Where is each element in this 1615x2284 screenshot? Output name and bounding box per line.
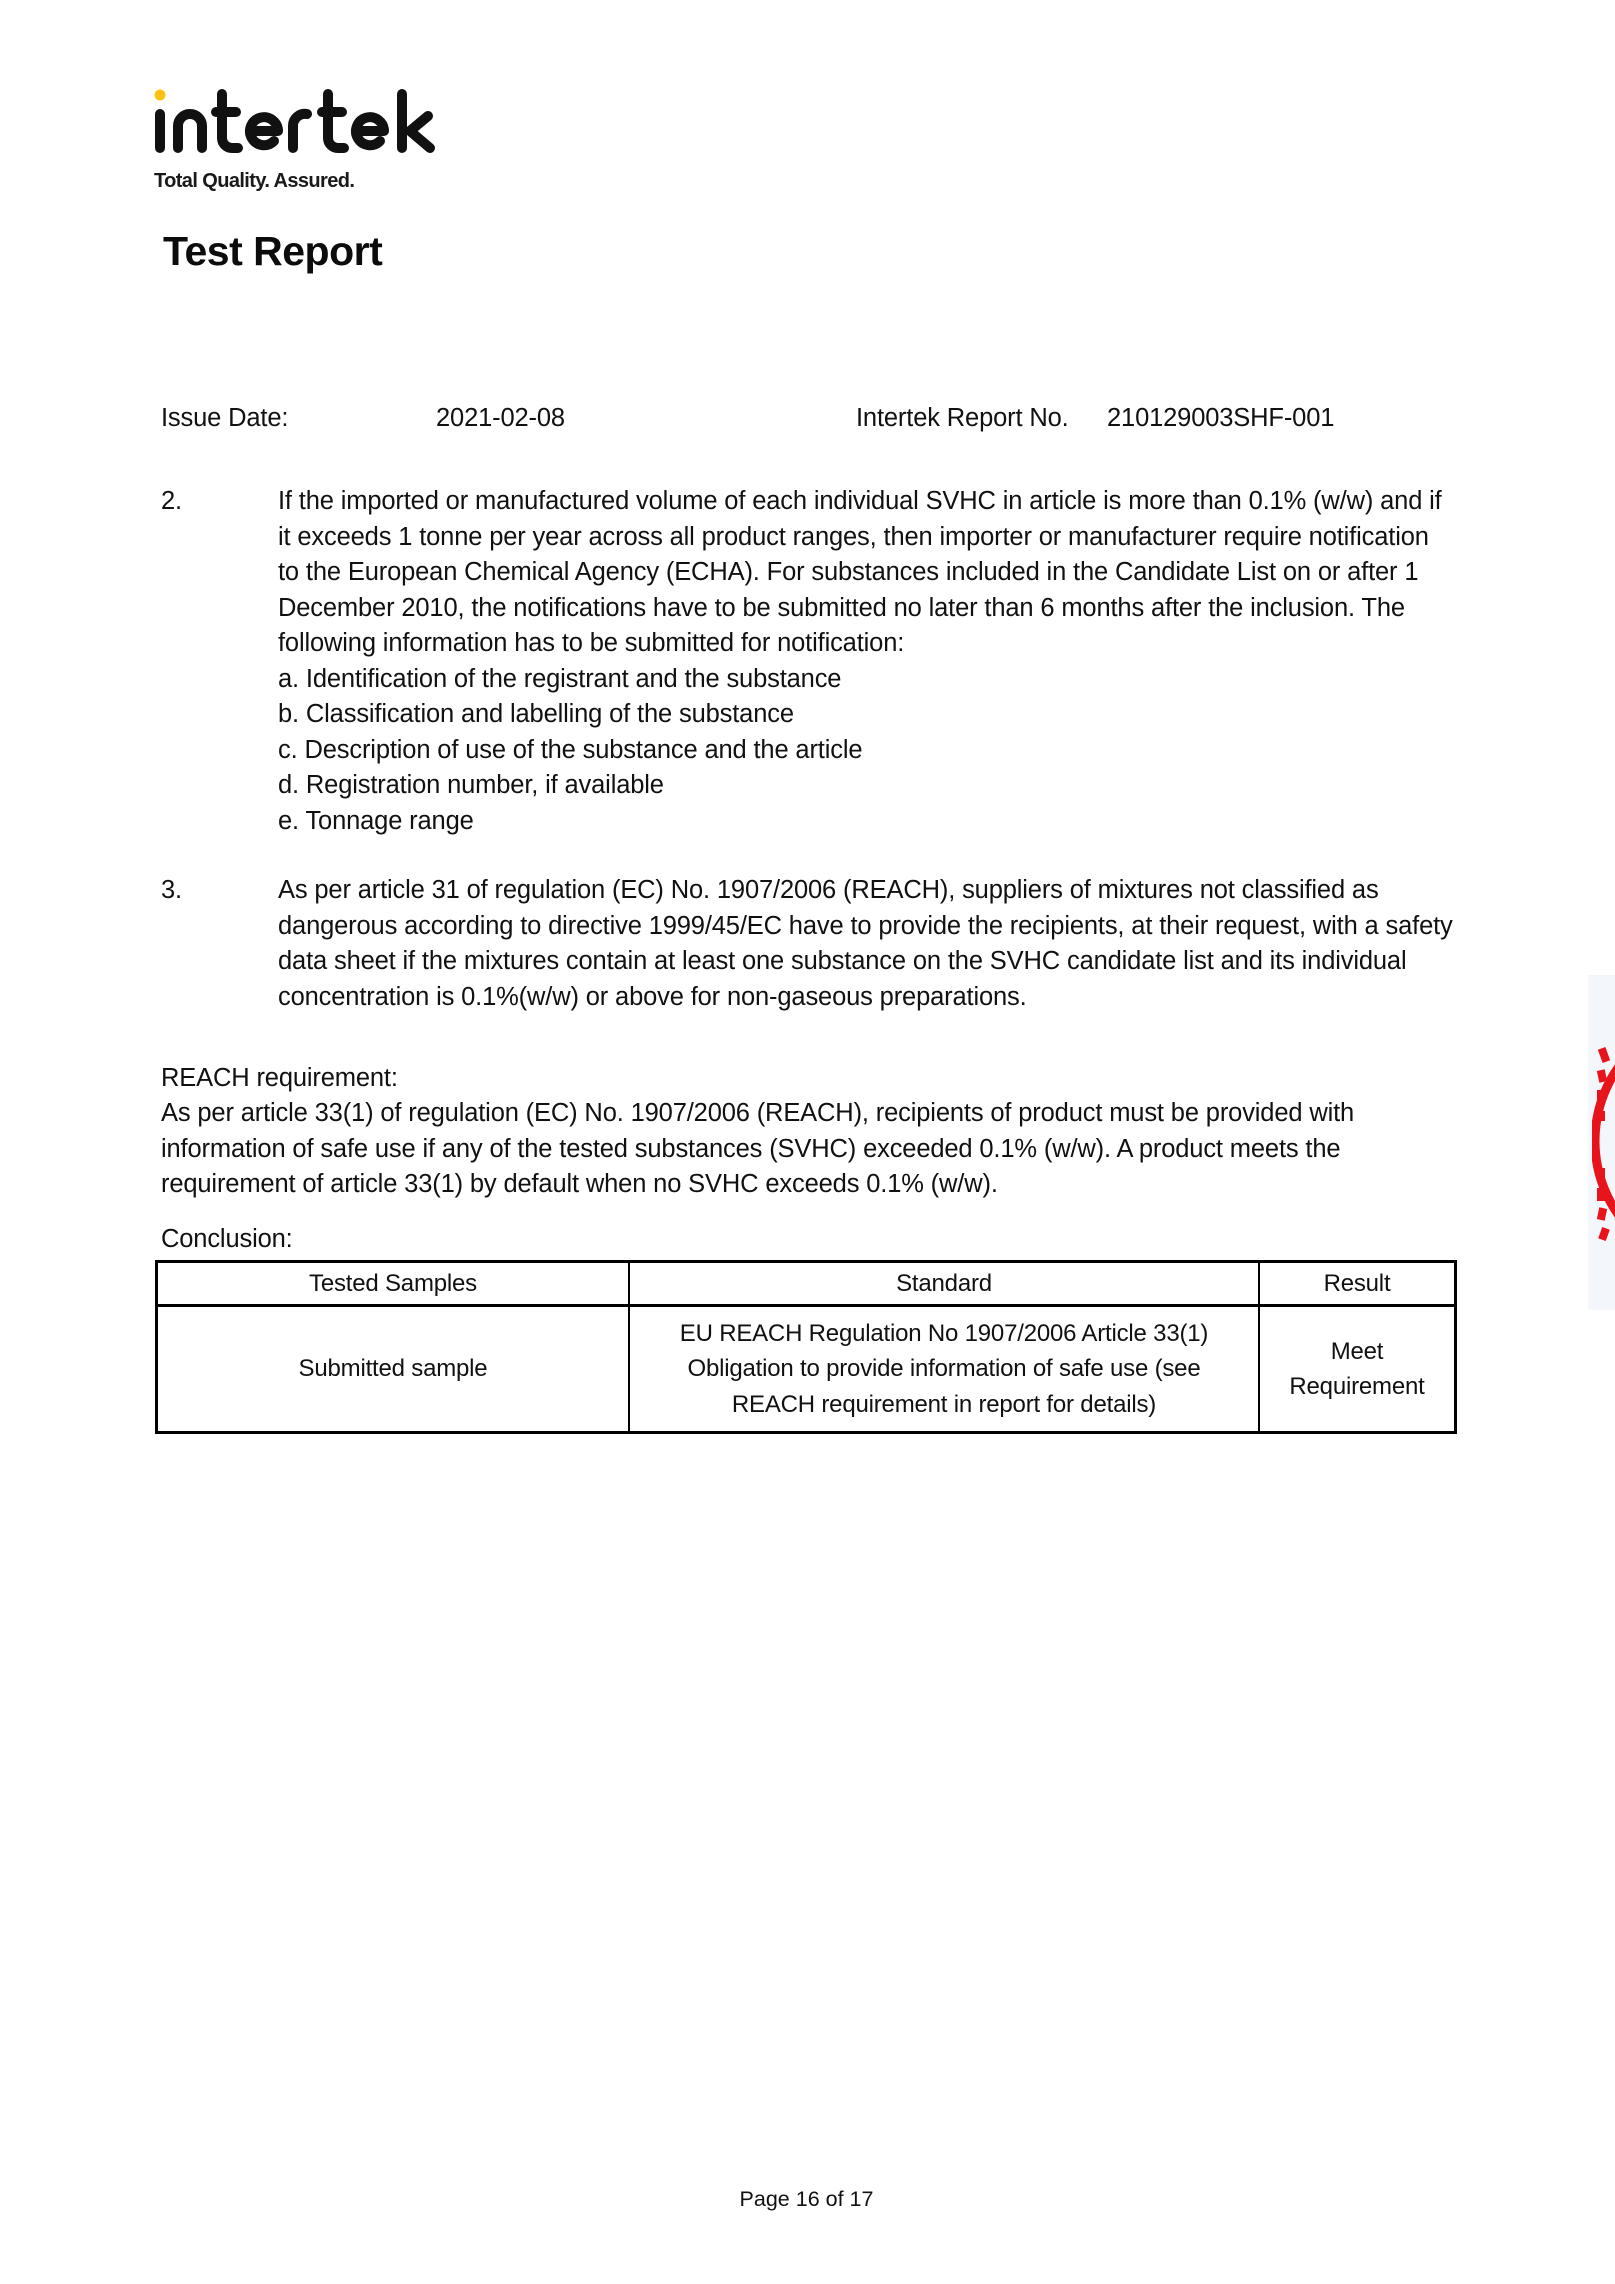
reach-requirement-heading: REACH requirement: <box>161 1061 398 1097</box>
result-line: Requirement <box>1289 1369 1424 1405</box>
paragraph-2-line: following information has to be submitte… <box>278 626 1442 662</box>
reach-requirement-line: requirement of article 33(1) by default … <box>161 1167 1354 1203</box>
issue-date-label: Issue Date: <box>161 401 288 437</box>
logo-accent-dot-icon <box>155 90 166 101</box>
reach-requirement-text: As per article 33(1) of regulation (EC) … <box>161 1096 1354 1203</box>
paragraph-2: If the imported or manufactured volume o… <box>278 484 1442 839</box>
notification-list-item: d. Registration number, if available <box>278 768 1442 804</box>
conclusion-label: Conclusion: <box>161 1222 293 1258</box>
page-title: Test Report <box>163 228 382 275</box>
column-header-result: Result <box>1260 1263 1454 1304</box>
page-number: Page 16 of 17 <box>0 2187 1614 2212</box>
standard-line: REACH requirement in report for details) <box>680 1387 1208 1423</box>
notification-list-item: c. Description of use of the substance a… <box>278 733 1442 769</box>
result-cell: Meet Requirement <box>1260 1307 1454 1431</box>
brand-tagline: Total Quality. Assured. <box>154 170 354 193</box>
column-header-tested-samples: Tested Samples <box>158 1263 630 1304</box>
standard-line: Obligation to provide information of saf… <box>680 1351 1208 1387</box>
table-header-row: Tested Samples Standard Result <box>158 1263 1454 1307</box>
paragraph-2-number: 2. <box>161 484 182 520</box>
notification-list-item: e. Tonnage range <box>278 804 1442 840</box>
notification-list-item: a. Identification of the registrant and … <box>278 662 1442 698</box>
tested-sample-cell: Submitted sample <box>158 1307 630 1431</box>
paragraph-3: As per article 31 of regulation (EC) No.… <box>278 873 1453 1015</box>
reach-requirement-line: information of safe use if any of the te… <box>161 1132 1354 1168</box>
report-number-value: 210129003SHF-001 <box>1107 401 1334 437</box>
paragraph-2-line: to the European Chemical Agency (ECHA). … <box>278 555 1442 591</box>
paragraph-3-number: 3. <box>161 873 182 909</box>
table-row: Submitted sample EU REACH Regulation No … <box>158 1307 1454 1431</box>
column-header-standard: Standard <box>630 1263 1260 1304</box>
paragraph-3-line: As per article 31 of regulation (EC) No.… <box>278 873 1453 909</box>
paragraph-2-line: If the imported or manufactured volume o… <box>278 484 1442 520</box>
conclusion-table: Tested Samples Standard Result Submitted… <box>155 1260 1457 1434</box>
paragraph-3-line: data sheet if the mixtures contain at le… <box>278 944 1453 980</box>
seal-stamp-icon <box>1592 1008 1615 1274</box>
intertek-logo <box>150 86 440 158</box>
paragraph-3-line: dangerous according to directive 1999/45… <box>278 909 1453 945</box>
paragraph-2-line: December 2010, the notifications have to… <box>278 591 1442 627</box>
reach-requirement-line: As per article 33(1) of regulation (EC) … <box>161 1096 1354 1132</box>
result-line: Meet <box>1289 1334 1424 1370</box>
issue-date-value: 2021-02-08 <box>436 401 565 437</box>
standard-line: EU REACH Regulation No 1907/2006 Article… <box>680 1316 1208 1352</box>
paragraph-2-line: it exceeds 1 tonne per year across all p… <box>278 520 1442 556</box>
standard-cell: EU REACH Regulation No 1907/2006 Article… <box>630 1307 1260 1431</box>
report-number-label: Intertek Report No. <box>856 401 1069 437</box>
paragraph-3-line: concentration is 0.1%(w/w) or above for … <box>278 980 1453 1016</box>
notification-list-item: b. Classification and labelling of the s… <box>278 697 1442 733</box>
